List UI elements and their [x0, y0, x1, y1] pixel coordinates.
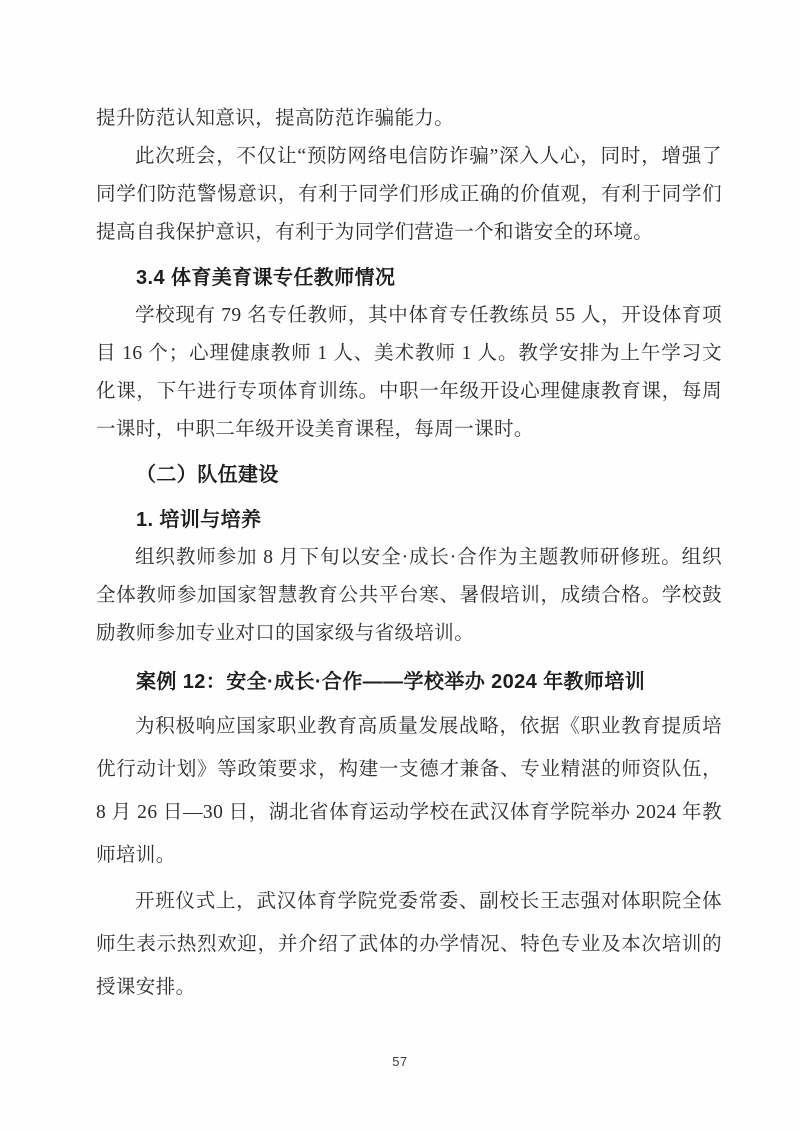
- paragraph-case-12-opening-ceremony: 开班仪式上，武汉体育学院党委常委、副校长王志强对体职院全体师生表示热烈欢迎，并介…: [96, 880, 722, 1009]
- section-heading-3-4-pe-art-teachers: 3.4 体育美育课专任教师情况: [96, 259, 722, 297]
- section-heading-1-training-cultivation: 1. 培训与培养: [96, 501, 722, 539]
- page-content: 提升防范认知意识，提高防范诈骗能力。 此次班会，不仅让“预防网络电信防诈骗”深入…: [96, 100, 722, 1009]
- section-heading-2-team-building: （二）队伍建设: [96, 456, 722, 494]
- paragraph-class-meeting-summary: 此次班会，不仅让“预防网络电信防诈骗”深入人心，同时，增强了同学们防范警惕意识，…: [96, 138, 722, 252]
- paragraph-continuation: 提升防范认知意识，提高防范诈骗能力。: [96, 100, 722, 138]
- page-number: 57: [0, 1054, 800, 1069]
- paragraph-teacher-statistics: 学校现有 79 名专任教师，其中体育专任教练员 55 人，开设体育项目 16 个…: [96, 297, 722, 449]
- document-page: 提升防范认知意识，提高防范诈骗能力。 此次班会，不仅让“预防网络电信防诈骗”深入…: [0, 0, 800, 1131]
- paragraph-training-activities: 组织教师参加 8 月下旬以安全·成长·合作为主题教师研修班。组织全体教师参加国家…: [96, 539, 722, 653]
- paragraph-case-12-background: 为积极响应国家职业教育高质量发展战略，依据《职业教育提质培优行动计划》等政策要求…: [96, 705, 722, 877]
- case-12-heading: 案例 12：安全·成长·合作——学校举办 2024 年教师培训: [96, 662, 722, 702]
